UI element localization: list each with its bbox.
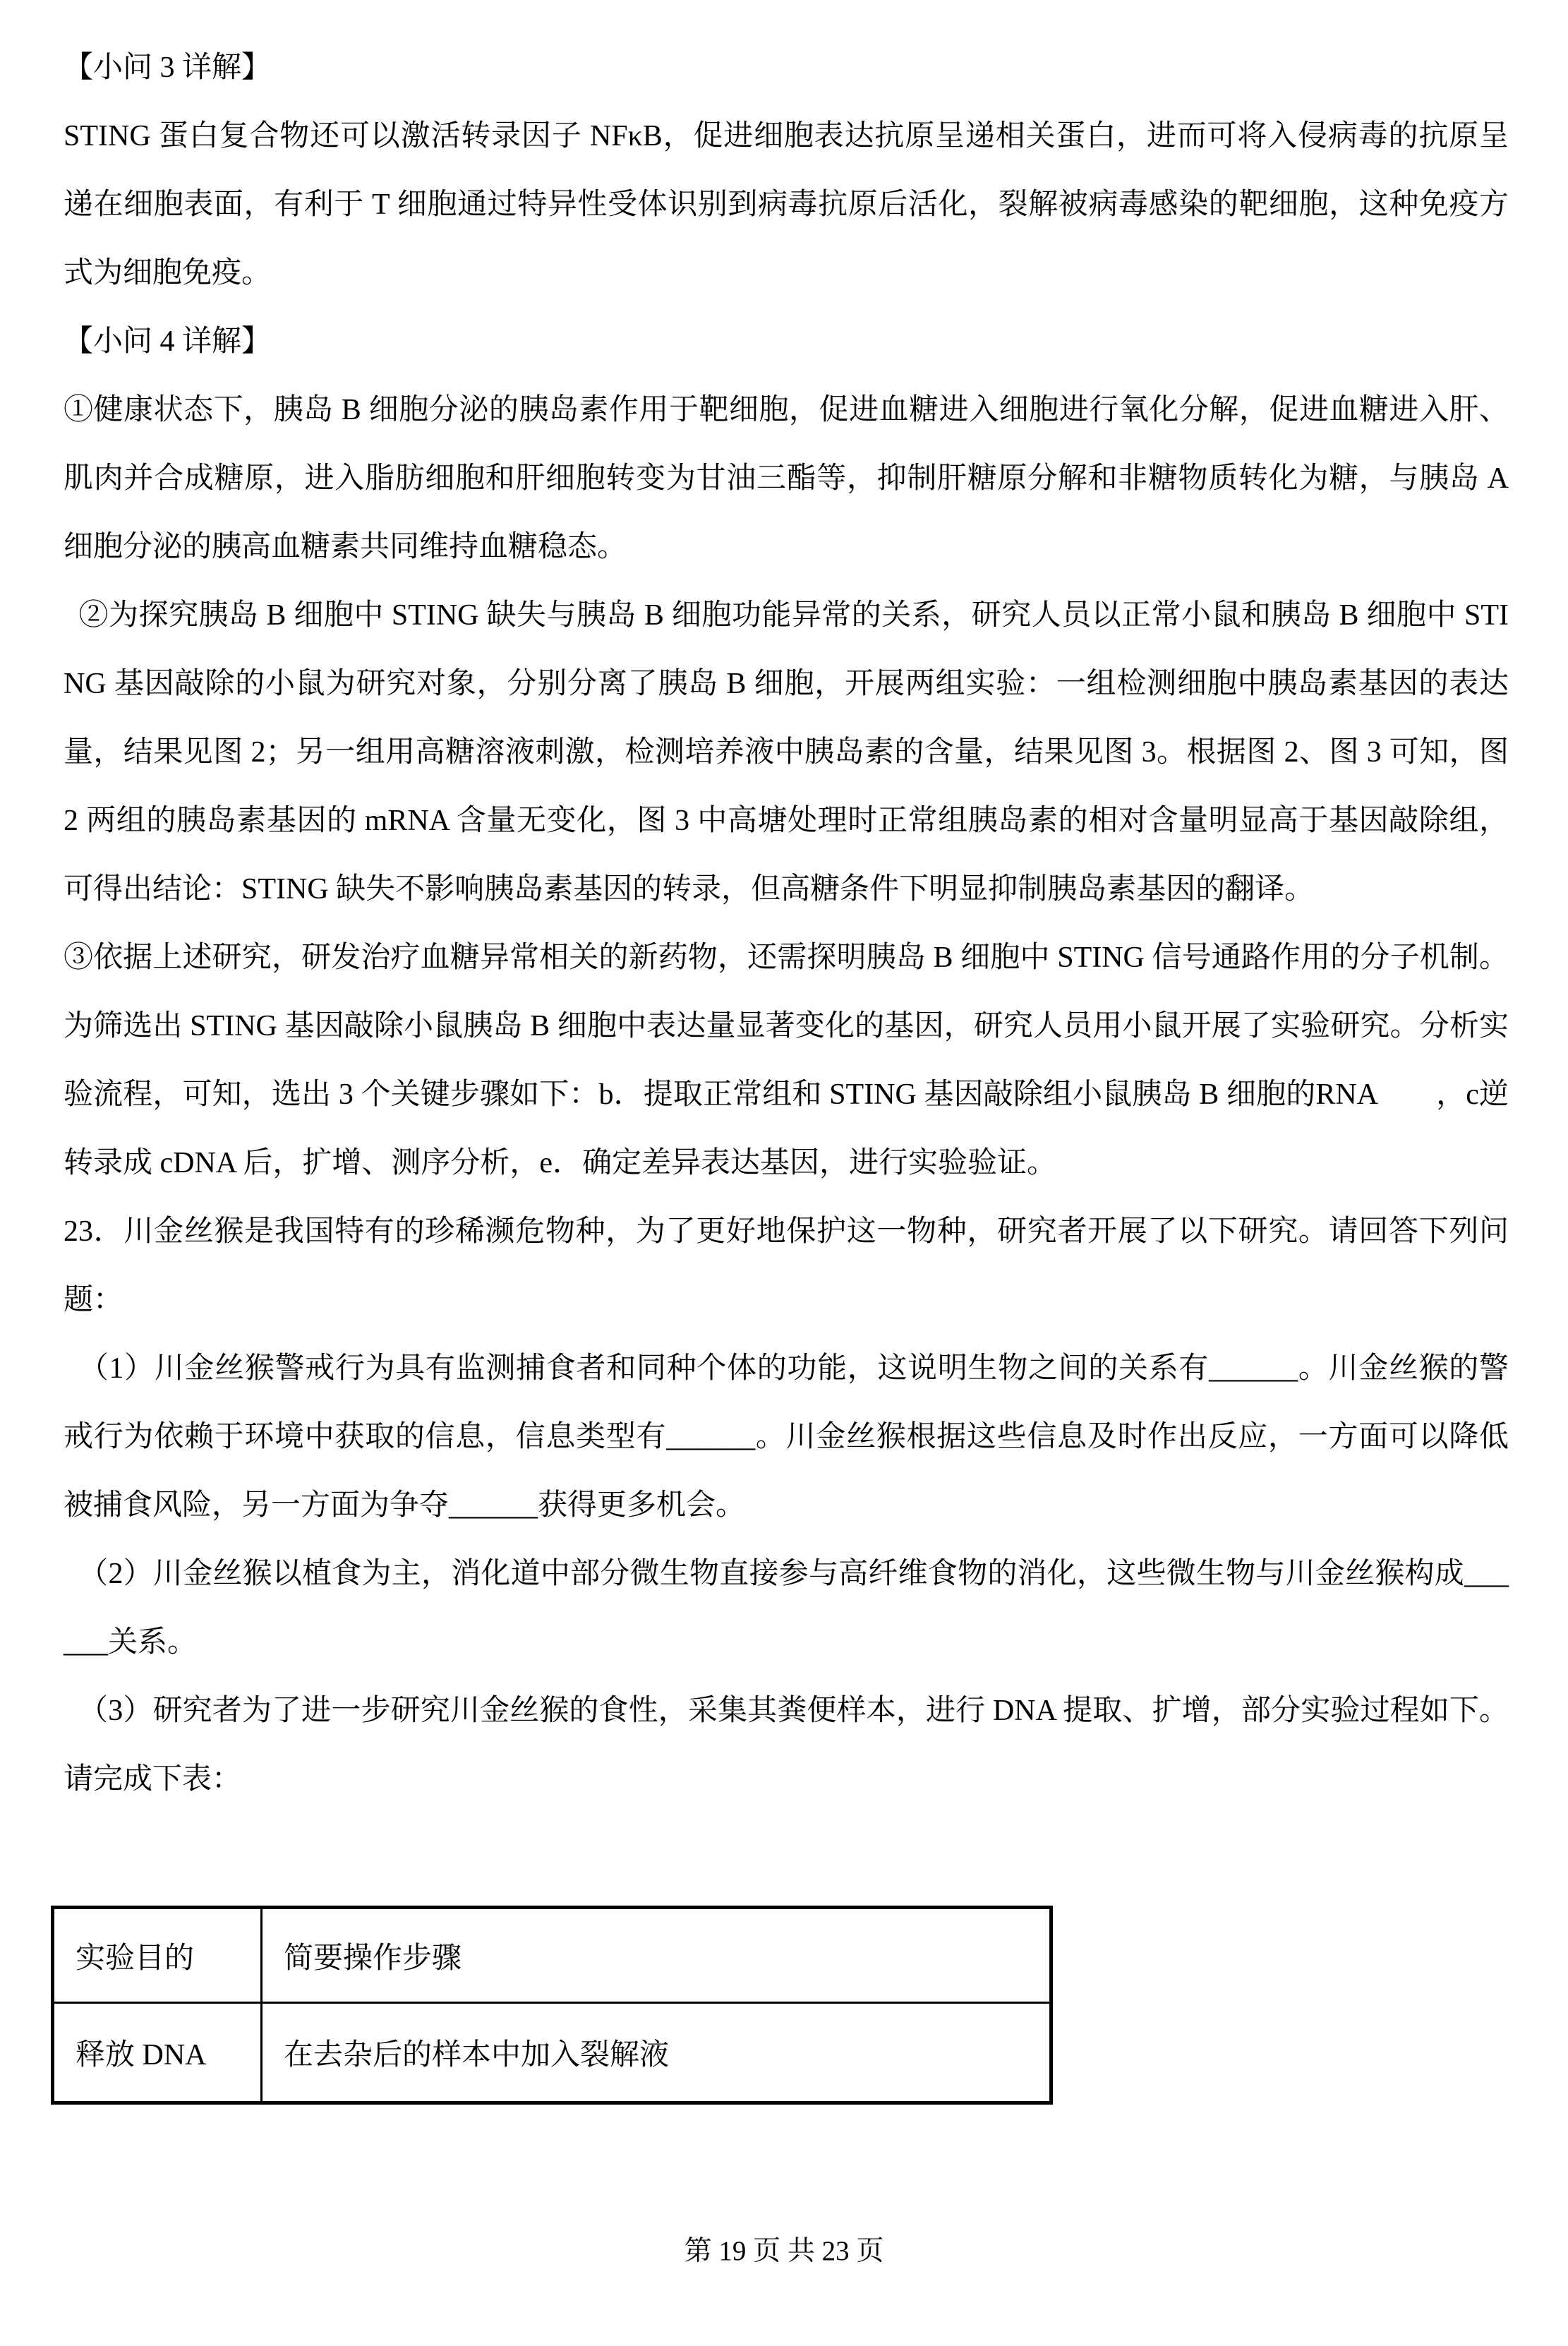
table-row: 实验目的 简要操作步骤 [53,1908,1051,2003]
paragraph-q23-part3: （3）研究者为了进一步研究川金丝猴的食性，采集其粪便样本，进行 DNA 提取、扩… [64,1677,1509,1814]
experiment-table: 实验目的 简要操作步骤 释放 DNA 在去杂后的样本中加入裂解液 [51,1906,1053,2105]
experiment-table-container: 实验目的 简要操作步骤 释放 DNA 在去杂后的样本中加入裂解液 [51,1906,1053,2105]
paragraph-question-23: 23．川金丝猴是我国特有的珍稀濒危物种，为了更好地保护这一物种，研究者开展了以下… [64,1198,1509,1335]
document-content: 【小问 3 详解】 STING 蛋白复合物还可以激活转录因子 NFκB，促进细胞… [64,34,1509,1814]
paragraph-subq4-point1: ①健康状态下，胰岛 B 细胞分泌的胰岛素作用于靶细胞，促进血糖进入细胞进行氧化分… [64,376,1509,582]
table-cell-purpose-header: 实验目的 [53,1908,262,2003]
page-footer: 第 19 页 共 23 页 [0,2229,1568,2268]
section-heading-subq3: 【小问 3 详解】 [64,34,1509,102]
section-heading-subq4: 【小问 4 详解】 [64,308,1509,376]
document-page: 【小问 3 详解】 STING 蛋白复合物还可以激活转录因子 NFκB，促进细胞… [0,0,1568,2346]
paragraph-subq4-point2: ②为探究胰岛 B 细胞中 STING 缺失与胰岛 B 细胞功能异常的关系，研究人… [64,582,1509,924]
paragraph-q23-part2: （2）川金丝猴以植食为主，消化道中部分微生物直接参与高纤维食物的消化，这些微生物… [64,1540,1509,1677]
paragraph-subq3-answer: STING 蛋白复合物还可以激活转录因子 NFκB，促进细胞表达抗原呈递相关蛋白… [64,102,1509,308]
table-row: 释放 DNA 在去杂后的样本中加入裂解液 [53,2003,1051,2103]
paragraph-subq4-point3: ③依据上述研究，研发治疗血糖异常相关的新药物，还需探明胰岛 B 细胞中 STIN… [64,924,1509,1198]
table-cell-steps-header: 简要操作步骤 [262,1908,1051,2003]
table-cell-release-dna: 释放 DNA [53,2003,262,2103]
table-cell-release-dna-step: 在去杂后的样本中加入裂解液 [262,2003,1051,2103]
paragraph-q23-part1: （1）川金丝猴警戒行为具有监测捕食者和同种个体的功能，这说明生物之间的关系有__… [64,1335,1509,1540]
